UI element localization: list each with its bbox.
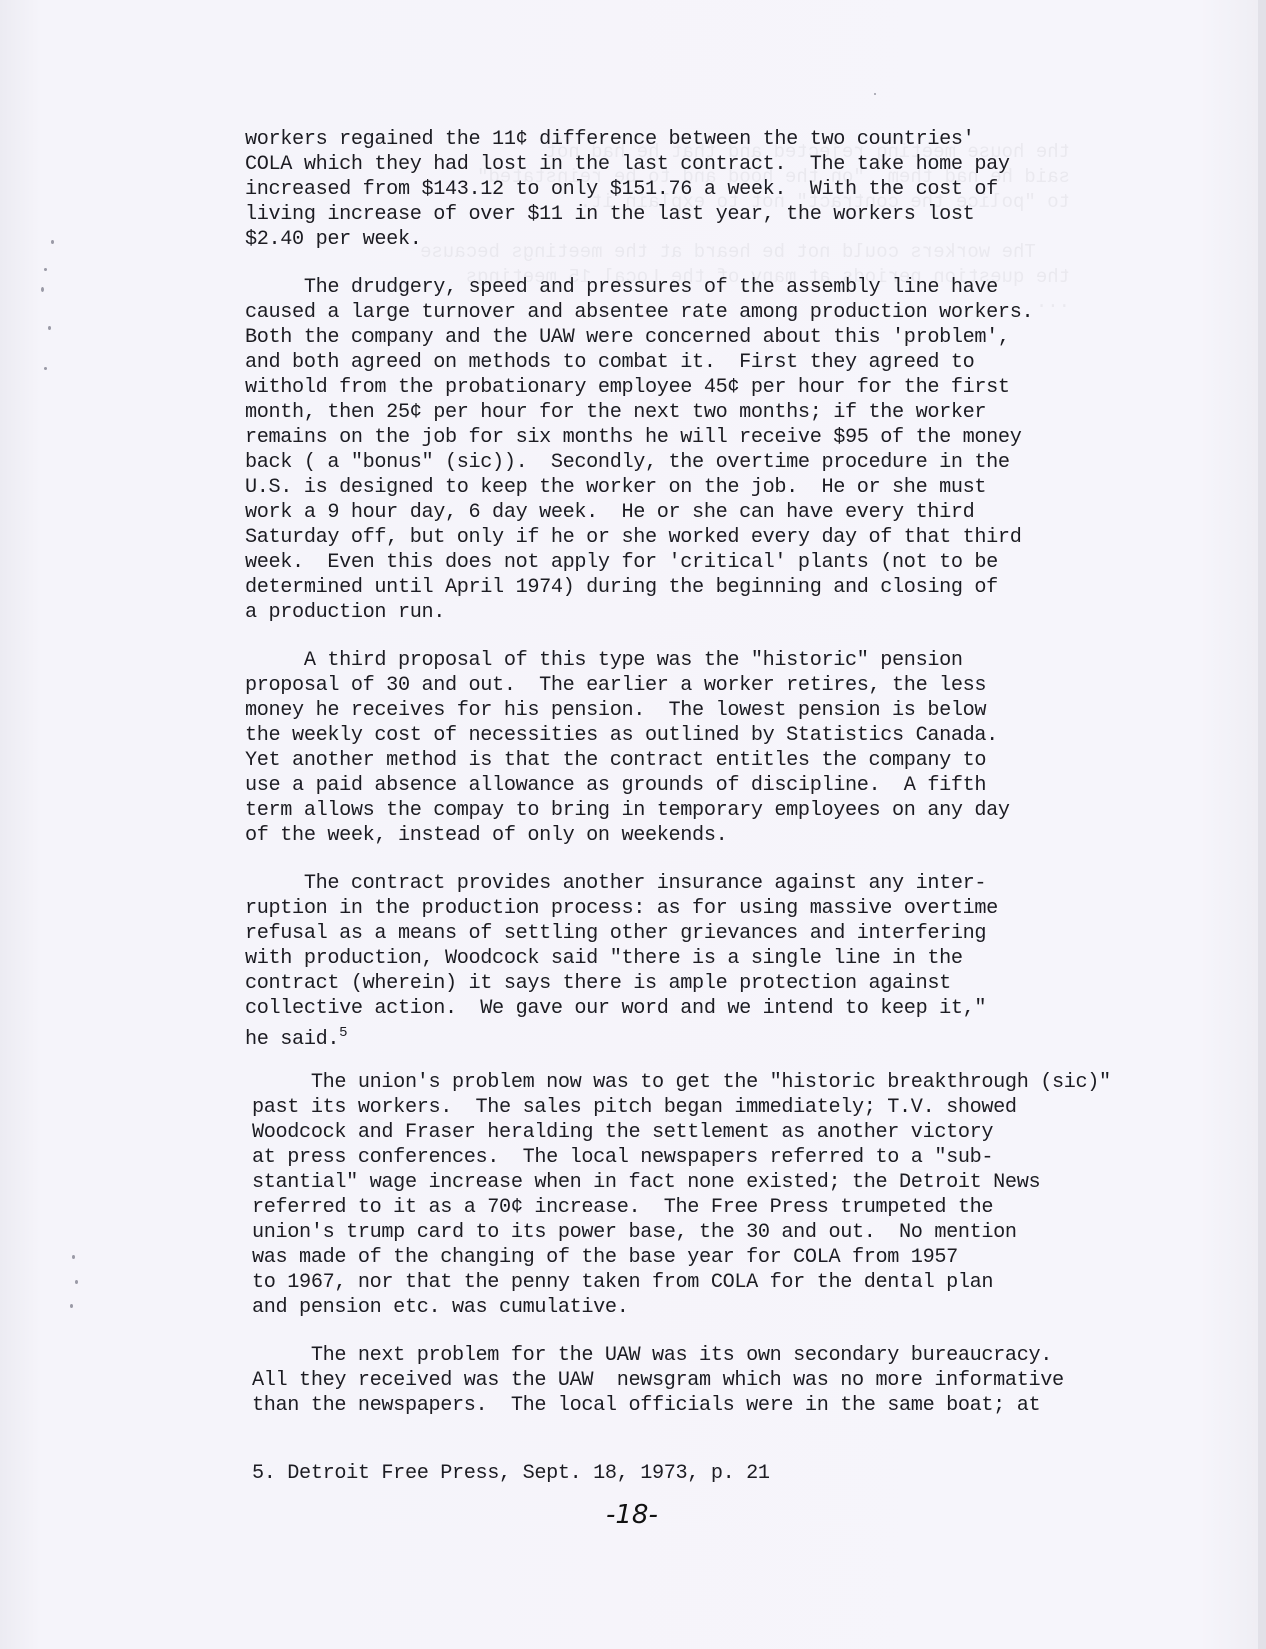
text-line: use a paid absence allowance as grounds … (245, 773, 986, 798)
text-line: ruption in the production process: as fo… (245, 896, 998, 921)
text-line: proposal of 30 and out. The earlier a wo… (245, 673, 986, 698)
text-line: union's trump card to its power base, th… (252, 1220, 1017, 1245)
scan-speck (44, 367, 47, 370)
text-line: a production run. (245, 600, 445, 625)
text-line: refusal as a means of settling other gri… (245, 921, 986, 946)
text-line: withold from the probationary employee 4… (245, 375, 1010, 400)
text-line: at press conferences. The local newspape… (252, 1145, 993, 1170)
text-line: past its workers. The sales pitch began … (252, 1095, 1017, 1120)
text-line: was made of the changing of the base yea… (252, 1245, 958, 1270)
text-line: back ( a "bonus" (sic)). Secondly, the o… (245, 450, 1010, 475)
text-line: the weekly cost of necessities as outlin… (245, 723, 998, 748)
text-line: COLA which they had lost in the last con… (245, 152, 1010, 177)
text-line: week. Even this does not apply for 'crit… (245, 550, 998, 575)
text-line: contract (wherein) it says there is ampl… (245, 971, 951, 996)
page-edge (1258, 0, 1266, 1649)
page-number: -18- (606, 1500, 658, 1530)
text-line: Both the company and the UAW were concer… (245, 325, 1010, 350)
scan-speck (70, 1304, 73, 1308)
scan-speck (41, 287, 44, 292)
footnote: 5. Detroit Free Press, Sept. 18, 1973, p… (252, 1461, 770, 1486)
text-line: of the week, instead of only on weekends… (245, 823, 727, 848)
text-line: U.S. is designed to keep the worker on t… (245, 475, 986, 500)
text-line: money he receives for his pension. The l… (245, 698, 986, 723)
scan-speck (874, 93, 876, 95)
text-line: he said.5 (245, 1021, 347, 1052)
text-line: Yet another method is that the contract … (245, 748, 986, 773)
text-line: All they received was the UAW newsgram w… (252, 1368, 1064, 1393)
text-line: caused a large turnover and absentee rat… (245, 300, 1033, 325)
text-line: A third proposal of this type was the "h… (245, 648, 963, 673)
text-line: with production, Woodcock said "there is… (245, 946, 963, 971)
text-line: determined until April 1974) during the … (245, 575, 998, 600)
text-line: work a 9 hour day, 6 day week. He or she… (245, 500, 974, 525)
text-line: workers regained the 11¢ difference betw… (245, 127, 974, 152)
text-line: The drudgery, speed and pressures of the… (245, 275, 998, 300)
scanned-page: the house meeting rejected and that he h… (0, 0, 1266, 1649)
footnote-marker: 5 (339, 1025, 347, 1041)
text-line: The next problem for the UAW was its own… (252, 1343, 1052, 1368)
scan-speck (51, 240, 54, 244)
text-line: stantial" wage increase when in fact non… (252, 1170, 1040, 1195)
scan-speck (72, 1255, 75, 1259)
text-line: collective action. We gave our word and … (245, 996, 986, 1021)
scan-speck (48, 326, 51, 330)
text-line: The contract provides another insurance … (245, 871, 986, 896)
text-line: than the newspapers. The local officials… (252, 1393, 1040, 1418)
text-line: remains on the job for six months he wil… (245, 425, 1021, 450)
text-line: living increase of over $11 in the last … (245, 202, 974, 227)
text-line: and both agreed on methods to combat it.… (245, 350, 974, 375)
text-line: $2.40 per week. (245, 227, 421, 252)
scan-speck (75, 1280, 78, 1284)
text-line: to 1967, nor that the penny taken from C… (252, 1270, 993, 1295)
text-line: term allows the compay to bring in tempo… (245, 798, 1010, 823)
text-line: and pension etc. was cumulative. (252, 1295, 628, 1320)
text-line: Woodcock and Fraser heralding the settle… (252, 1120, 993, 1145)
scan-speck (44, 268, 47, 271)
text-line: month, then 25¢ per hour for the next tw… (245, 400, 986, 425)
text-line: Saturday off, but only if he or she work… (245, 525, 1021, 550)
text-line: increased from $143.12 to only $151.76 a… (245, 177, 998, 202)
text-line: referred to it as a 70¢ increase. The Fr… (252, 1195, 993, 1220)
text-line: The union's problem now was to get the "… (252, 1070, 1111, 1095)
